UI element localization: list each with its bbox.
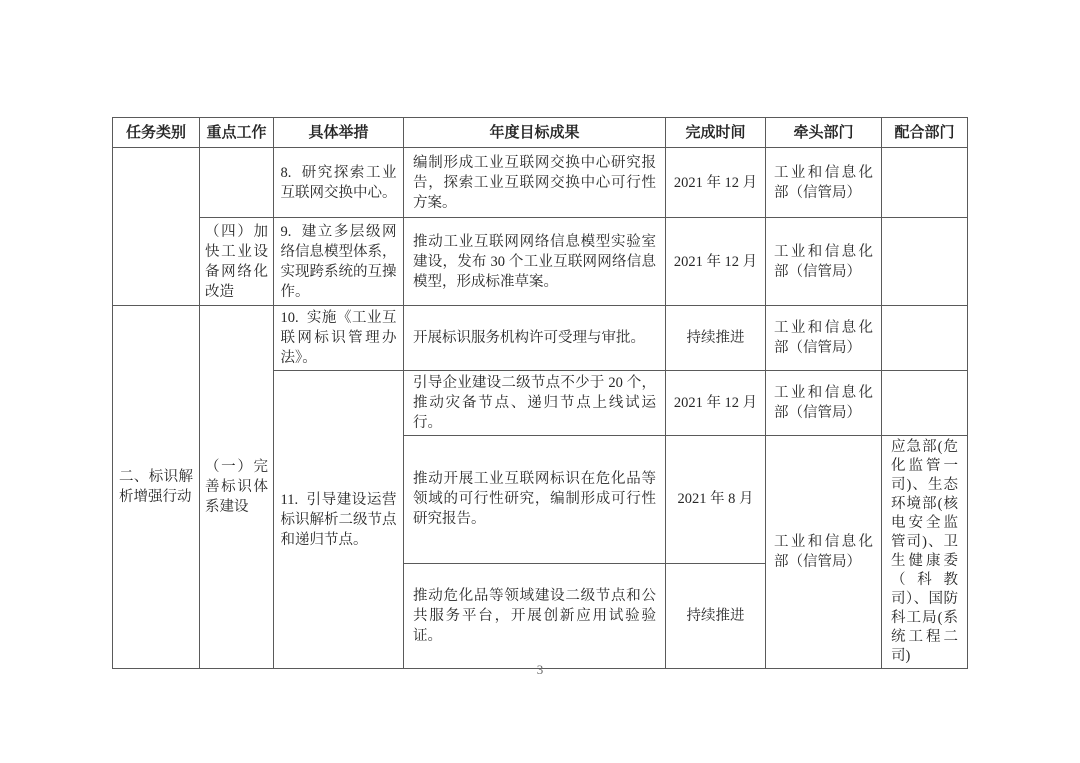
cell-measure-9: 9. 建立多层级网络信息模型体系，实现跨系统的互操作。 (274, 218, 404, 306)
cell-support-8 (882, 148, 968, 218)
task-table: 任务类别 重点工作 具体举措 年度目标成果 完成时间 牵头部门 配合部门 8. … (112, 117, 968, 669)
cell-deadline-11a: 2021 年 12 月 (666, 371, 766, 436)
table-row-measure-9: （四）加快工业设备网络化改造 9. 建立多层级网络信息模型体系，实现跨系统的互操… (113, 218, 968, 306)
col-header-support-dept: 配合部门 (882, 118, 968, 148)
cell-support-9 (882, 218, 968, 306)
cell-support-11b: 应急部(危化监管一司)、生态环境部(核电安全监管司)、卫生健康委（科教司）、国防… (882, 436, 968, 669)
cell-lead-11b: 工业和信息化部（信管局） (766, 436, 882, 669)
cell-outcome-11c: 推动危化品等领域建设二级节点和公共服务平台，开展创新应用试验验证。 (404, 563, 666, 668)
cell-measure-10: 10. 实施《工业互联网标识管理办法》。 (274, 306, 404, 371)
cell-lead-9: 工业和信息化部（信管局） (766, 218, 882, 306)
cell-category-blank (113, 148, 200, 306)
cell-keywork-blank (200, 148, 274, 218)
cell-outcome-8: 编制形成工业互联网交换中心研究报告，探索工业互联网交换中心可行性方案。 (404, 148, 666, 218)
col-header-deadline: 完成时间 (666, 118, 766, 148)
cell-deadline-10: 持续推进 (666, 306, 766, 371)
cell-measure-8: 8. 研究探索工业互联网交换中心。 (274, 148, 404, 218)
cell-deadline-11c: 持续推进 (666, 563, 766, 668)
cell-lead-8: 工业和信息化部（信管局） (766, 148, 882, 218)
cell-category-2: 二、标识解析增强行动 (113, 306, 200, 669)
col-header-task-category: 任务类别 (113, 118, 200, 148)
cell-keywork-4: （四）加快工业设备网络化改造 (200, 218, 274, 306)
cell-outcome-11a: 引导企业建设二级节点不少于 20 个，推动灾备节点、递归节点上线试运行。 (404, 371, 666, 436)
cell-outcome-9: 推动工业互联网网络信息模型实验室建设，发布 30 个工业互联网网络信息模型，形成… (404, 218, 666, 306)
cell-deadline-11b: 2021 年 8 月 (666, 436, 766, 564)
col-header-key-work: 重点工作 (200, 118, 274, 148)
cell-deadline-9: 2021 年 12 月 (666, 218, 766, 306)
cell-measure-11: 11. 引导建设运营标识解析二级节点和递归节点。 (274, 371, 404, 669)
document-page: 任务类别 重点工作 具体举措 年度目标成果 完成时间 牵头部门 配合部门 8. … (0, 0, 1080, 763)
table-header-row: 任务类别 重点工作 具体举措 年度目标成果 完成时间 牵头部门 配合部门 (113, 118, 968, 148)
cell-support-11a (882, 371, 968, 436)
page-number: 3 (0, 662, 1080, 678)
table-row-measure-8: 8. 研究探索工业互联网交换中心。 编制形成工业互联网交换中心研究报告，探索工业… (113, 148, 968, 218)
cell-support-10 (882, 306, 968, 371)
col-header-lead-dept: 牵头部门 (766, 118, 882, 148)
table-row-measure-10: 二、标识解析增强行动 （一）完善标识体系建设 10. 实施《工业互联网标识管理办… (113, 306, 968, 371)
cell-lead-11a: 工业和信息化部（信管局） (766, 371, 882, 436)
cell-lead-10: 工业和信息化部（信管局） (766, 306, 882, 371)
cell-outcome-10: 开展标识服务机构许可受理与审批。 (404, 306, 666, 371)
cell-outcome-11b: 推动开展工业互联网标识在危化品等领域的可行性研究，编制形成可行性研究报告。 (404, 436, 666, 564)
cell-deadline-8: 2021 年 12 月 (666, 148, 766, 218)
cell-keywork-1: （一）完善标识体系建设 (200, 306, 274, 669)
col-header-annual-outcome: 年度目标成果 (404, 118, 666, 148)
col-header-measures: 具体举措 (274, 118, 404, 148)
